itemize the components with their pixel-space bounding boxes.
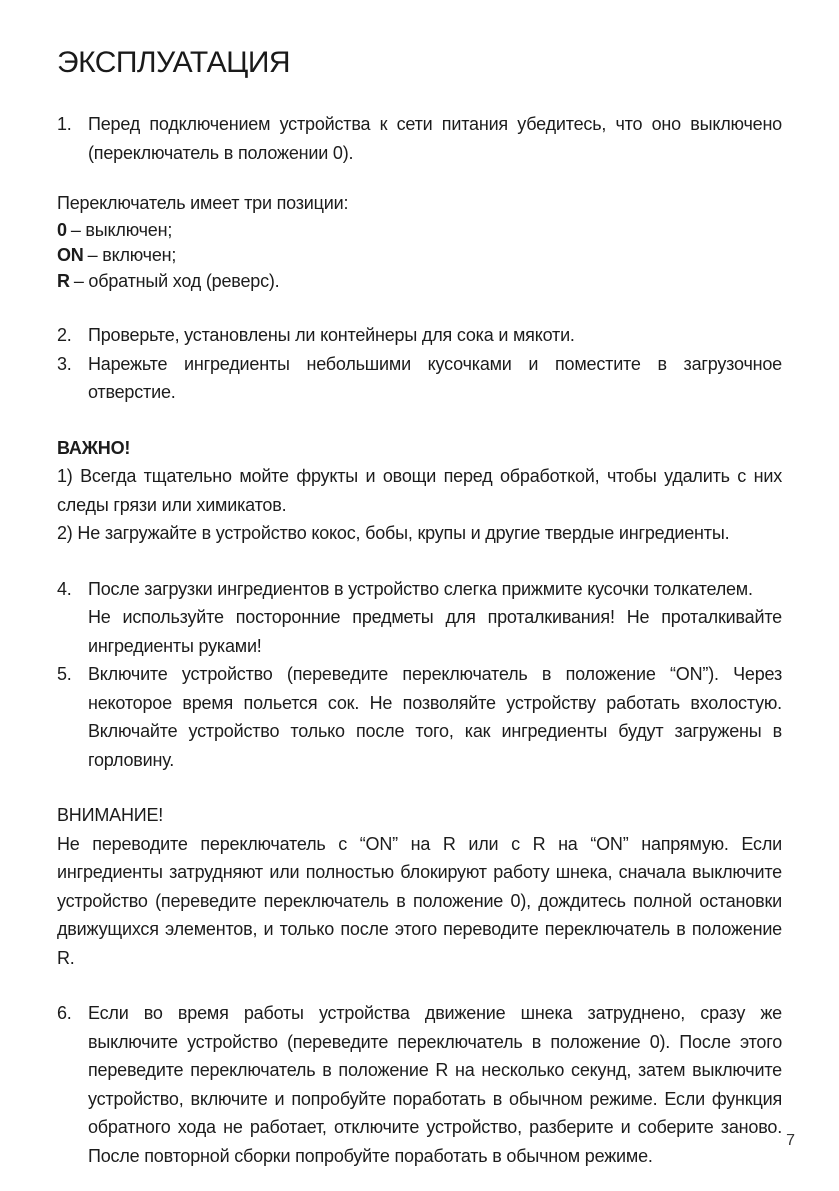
step-4-text: После загрузки ингредиентов в устройство…: [88, 575, 782, 604]
switch-intro: Переключатель имеет три позиции:: [57, 189, 782, 218]
important-point-1: 1) Всегда тщательно мойте фрукты и овощи…: [57, 462, 782, 519]
step-2-text: Проверьте, установлены ли контейнеры для…: [88, 321, 782, 350]
step-4-text-2: Не используйте посторонние предметы для …: [88, 603, 782, 660]
step-6-body: Если во время работы устройства движение…: [88, 999, 782, 1170]
warning-text: Не переводите переключатель с “ON” на R …: [57, 830, 782, 973]
step-1-body: Перед подключением устройства к сети пит…: [88, 110, 782, 167]
switch-position-reverse: R– обратный ход (реверс).: [57, 269, 782, 295]
manual-page: ЭКСПЛУАТАЦИЯ 1. Перед подключением устро…: [0, 0, 839, 1191]
step-1-number: 1.: [57, 110, 88, 139]
step-3-text: Нарежьте ингредиенты небольшими кусочкам…: [88, 350, 782, 407]
step-5-body: Включите устройство (переведите переключ…: [88, 660, 782, 774]
step-3: 3. Нарежьте ингредиенты небольшими кусоч…: [57, 350, 782, 407]
page-title: ЭКСПЛУАТАЦИЯ: [57, 46, 782, 80]
switch-position-reverse-desc: – обратный ход (реверс).: [74, 271, 280, 291]
step-3-body: Нарежьте ингредиенты небольшими кусочкам…: [88, 350, 782, 407]
warning-heading: ВНИМАНИЕ!: [57, 801, 782, 830]
switch-position-on-term: ON: [57, 245, 84, 265]
switch-position-off-desc: – выключен;: [71, 220, 172, 240]
step-2-body: Проверьте, установлены ли контейнеры для…: [88, 321, 782, 350]
step-6: 6. Если во время работы устройства движе…: [57, 999, 782, 1170]
page-number: 7: [786, 1127, 795, 1156]
step-5: 5. Включите устройство (переведите перек…: [57, 660, 782, 774]
important-point-2: 2) Не загружайте в устройство кокос, боб…: [57, 519, 782, 548]
switch-position-off-term: 0: [57, 220, 67, 240]
switch-position-reverse-term: R: [57, 271, 70, 291]
step-2: 2. Проверьте, установлены ли контейнеры …: [57, 321, 782, 350]
step-1: 1. Перед подключением устройства к сети …: [57, 110, 782, 167]
switch-position-on-desc: – включен;: [88, 245, 177, 265]
step-3-number: 3.: [57, 350, 88, 379]
step-4-body: После загрузки ингредиентов в устройство…: [88, 575, 782, 661]
step-5-text: Включите устройство (переведите переключ…: [88, 660, 782, 774]
important-heading: ВАЖНО!: [57, 434, 782, 463]
step-5-number: 5.: [57, 660, 88, 689]
switch-position-on: ON– включен;: [57, 243, 782, 269]
switch-position-off: 0– выключен;: [57, 218, 782, 244]
step-2-number: 2.: [57, 321, 88, 350]
step-6-number: 6.: [57, 999, 88, 1028]
step-4: 4. После загрузки ингредиентов в устройс…: [57, 575, 782, 661]
step-1-text: Перед подключением устройства к сети пит…: [88, 110, 782, 167]
step-6-text: Если во время работы устройства движение…: [88, 999, 782, 1170]
step-4-number: 4.: [57, 575, 88, 604]
